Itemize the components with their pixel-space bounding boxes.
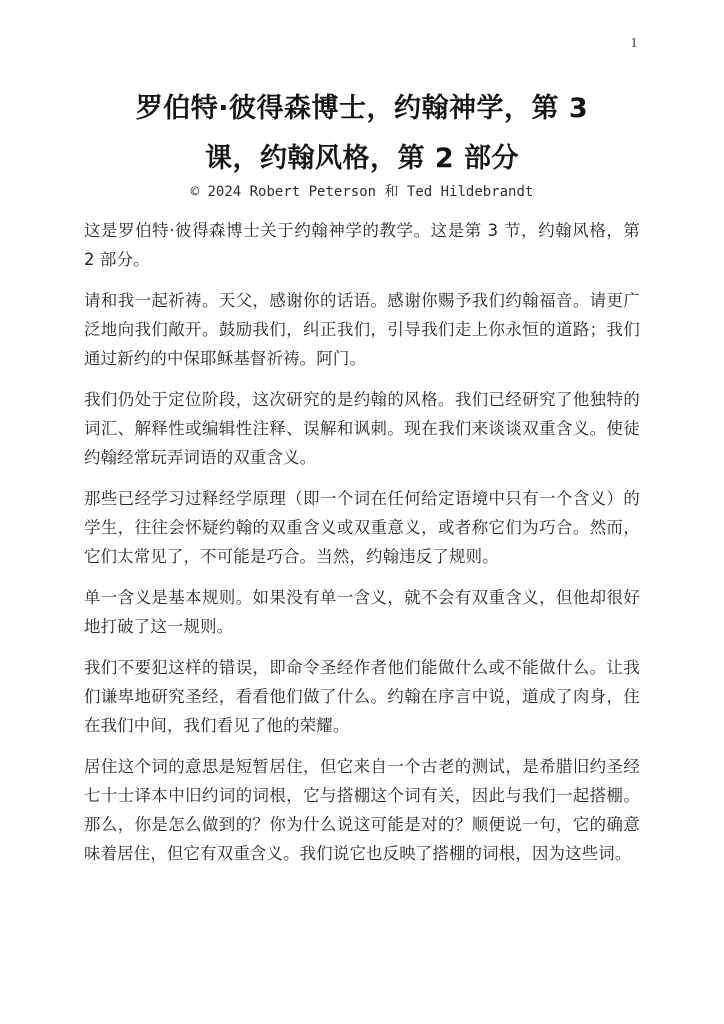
document-page: 1 罗伯特·彼得森博士，约翰神学，第 3 课，约翰风格，第 2 部分 © 202… <box>0 0 724 1024</box>
paragraph-humble-study: 我们不要犯这样的错误，即命令圣经作者他们能做什么或不能做什么。让我们谦卑地研究圣… <box>84 653 640 740</box>
paragraph-single-meaning: 单一含义是基本规则。如果没有单一含义，就不会有双重含义，但他却很好地打破了这一规… <box>84 583 640 641</box>
paragraph-orientation: 我们仍处于定位阶段，这次研究的是约翰的风格。我们已经研究了他独特的词汇、解释性或… <box>84 385 640 472</box>
paragraph-hermeneutics: 那些已经学习过释经学原理（即一个词在任何给定语境中只有一个含义）的学生，往往会怀… <box>84 484 640 571</box>
title-block: 罗伯特·彼得森博士，约翰神学，第 3 课，约翰风格，第 2 部分 <box>84 84 640 184</box>
page-number: 1 <box>630 36 638 50</box>
document-body: 这是罗伯特·彼得森博士关于约翰神学的教学。这是第 3 节，约翰风格，第 2 部分… <box>84 216 640 868</box>
document-title-line-1: 罗伯特·彼得森博士，约翰神学，第 3 <box>84 84 640 134</box>
document-title-line-2: 课，约翰风格，第 2 部分 <box>84 134 640 184</box>
paragraph-intro: 这是罗伯特·彼得森博士关于约翰神学的教学。这是第 3 节，约翰风格，第 2 部分… <box>84 216 640 274</box>
copyright-line: © 2024 Robert Peterson 和 Ted Hildebrandt <box>84 182 640 202</box>
paragraph-dwell-word: 居住这个词的意思是短暂居住，但它来自一个古老的测试，是希腊旧约圣经七十士译本中旧… <box>84 752 640 868</box>
paragraph-prayer: 请和我一起祈祷。天父，感谢你的话语。感谢你赐予我们约翰福音。请更广泛地向我们敞开… <box>84 286 640 373</box>
